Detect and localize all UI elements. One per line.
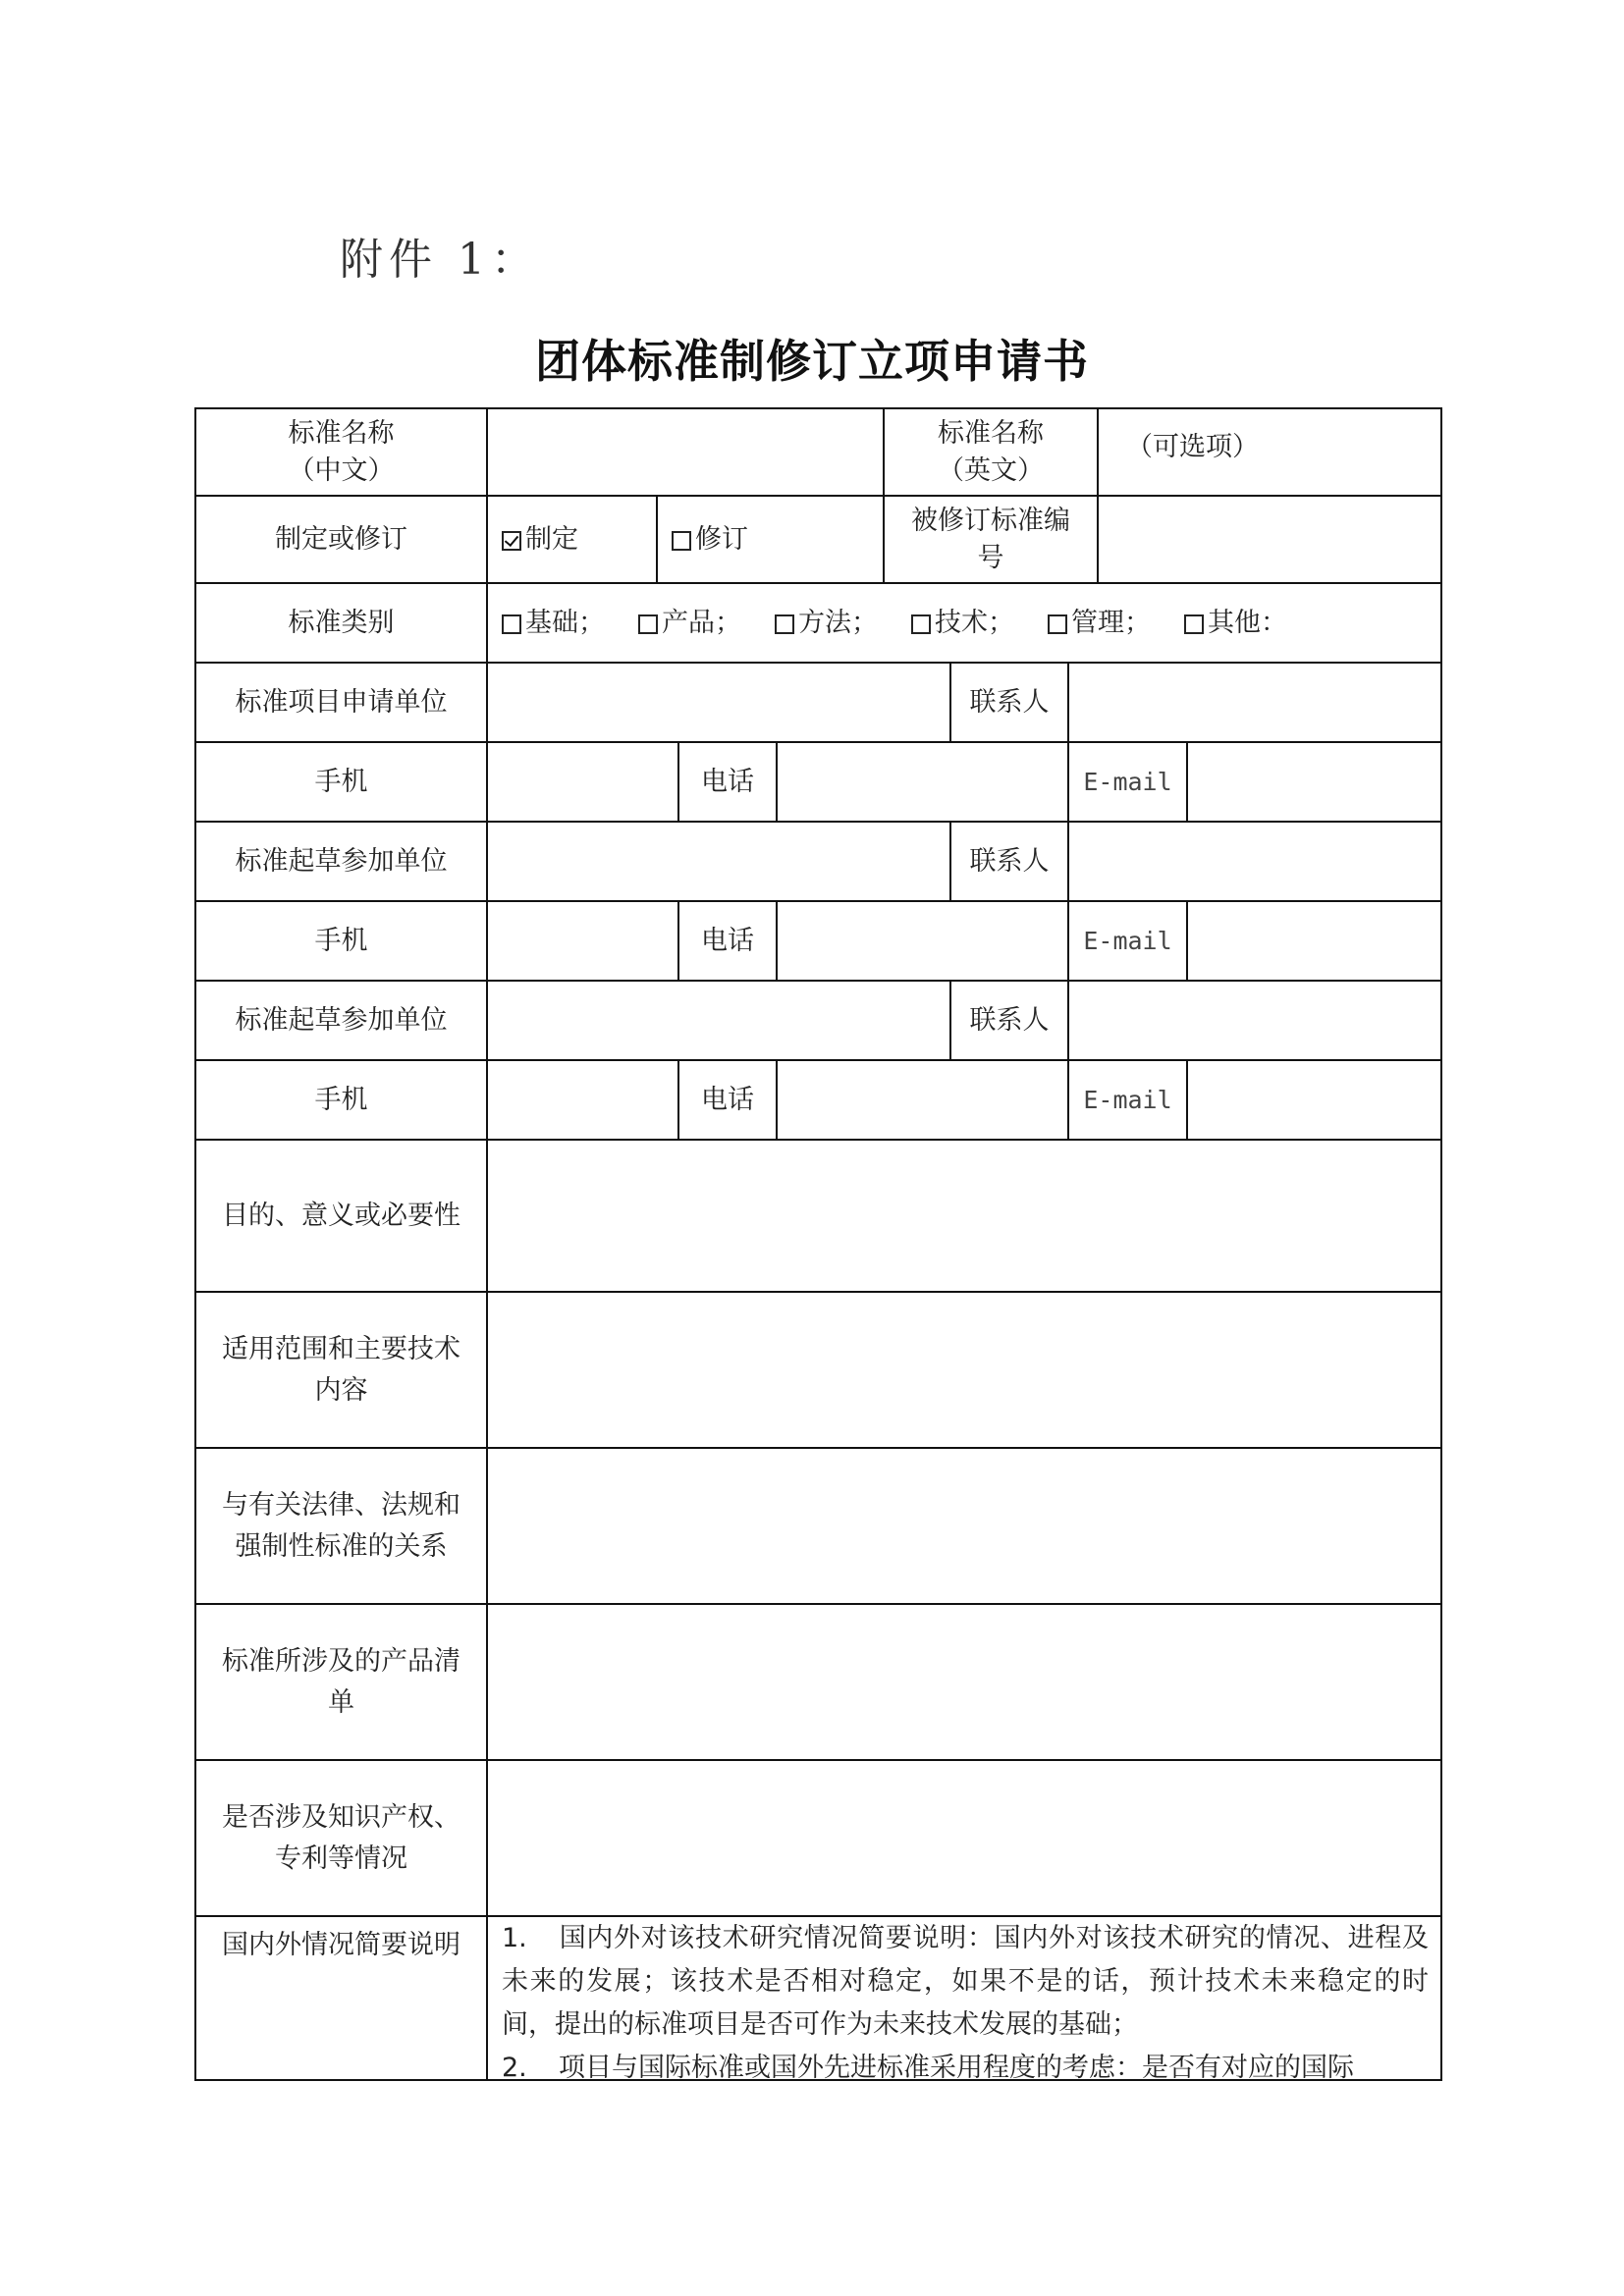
label-standard-name-en: 标准名称 （英文） — [885, 409, 1099, 497]
situation-field[interactable]: 1.国内外对该技术研究情况简要说明：国内外对该技术研究的情况、进程及未来的发展；… — [488, 1917, 1442, 2079]
label-revised-standard-number: 被修订标准编 号 — [885, 497, 1099, 584]
label-email: E-mail — [1069, 902, 1188, 982]
contact-person-field[interactable] — [1069, 664, 1442, 743]
label-purpose: 目的、意义或必要性 — [196, 1141, 488, 1293]
label-contact-person: 联系人 — [951, 664, 1069, 743]
phone-field[interactable] — [778, 902, 1069, 982]
contact-person-field[interactable] — [1069, 823, 1442, 902]
contact-person-field[interactable] — [1069, 982, 1442, 1061]
drafting-unit-field[interactable] — [488, 823, 951, 902]
label-email: E-mail — [1069, 1061, 1188, 1141]
product-list-field[interactable] — [488, 1605, 1442, 1761]
label-standard-category: 标准类别 — [196, 584, 488, 664]
applicant-unit-field[interactable] — [488, 664, 951, 743]
legal-relation-field[interactable] — [488, 1449, 1442, 1605]
checkbox-icon[interactable] — [502, 614, 521, 634]
checkbox-icon[interactable] — [911, 614, 931, 634]
standard-category-options: 基础； 产品； 方法； 技术； 管理； 其他： — [488, 584, 1442, 664]
label-drafting-unit: 标准起草参加单位 — [196, 982, 488, 1061]
revised-standard-number-field[interactable] — [1099, 497, 1442, 584]
scope-field[interactable] — [488, 1293, 1442, 1449]
label-scope: 适用范围和主要技术 内容 — [196, 1293, 488, 1449]
ip-patent-field[interactable] — [488, 1761, 1442, 1917]
category-option-management[interactable]: 管理； — [1048, 603, 1151, 644]
mobile-field[interactable] — [488, 902, 679, 982]
drafting-unit-field[interactable] — [488, 982, 951, 1061]
option-revise[interactable]: 修订 — [658, 497, 885, 584]
checkbox-icon[interactable] — [672, 531, 691, 551]
checkbox-icon[interactable] — [775, 614, 794, 634]
option-new[interactable]: 制定 — [488, 497, 658, 584]
label-contact-person: 联系人 — [951, 982, 1069, 1061]
label-legal-relation: 与有关法律、法规和 强制性标准的关系 — [196, 1449, 488, 1605]
checkbox-icon[interactable] — [638, 614, 658, 634]
situation-item-2: 2.项目与国际标准或国外先进标准采用程度的考虑：是否有对应的国际 — [502, 2047, 1429, 2079]
checkbox-checked-icon[interactable] — [502, 531, 521, 551]
situation-instructions: 1.国内外对该技术研究情况简要说明：国内外对该技术研究的情况、进程及未来的发展；… — [488, 1917, 1442, 2079]
category-option-other[interactable]: 其他： — [1184, 603, 1287, 644]
checkbox-icon[interactable] — [1048, 614, 1067, 634]
standard-name-cn-field[interactable] — [488, 409, 885, 497]
page-title: 团体标准制修订立项申请书 — [0, 326, 1624, 391]
label-mobile: 手机 — [196, 743, 488, 823]
label-standard-name-en-line2: （英文） — [938, 453, 1044, 490]
label-new-or-revise: 制定或修订 — [196, 497, 488, 584]
label-contact-person: 联系人 — [951, 823, 1069, 902]
option-new-label: 制定 — [525, 519, 578, 561]
label-situation: 国内外情况简要说明 — [196, 1917, 488, 2079]
phone-field[interactable] — [778, 1061, 1069, 1141]
label-phone: 电话 — [679, 743, 778, 823]
label-product-list: 标准所涉及的产品清 单 — [196, 1605, 488, 1761]
mobile-field[interactable] — [488, 743, 679, 823]
label-mobile: 手机 — [196, 902, 488, 982]
option-revise-label: 修订 — [695, 519, 748, 561]
label-standard-name-cn-line1: 标准名称 — [289, 415, 395, 453]
optional-hint: （可选项） — [1126, 427, 1259, 468]
category-option-product[interactable]: 产品； — [638, 603, 741, 644]
label-ip-patent: 是否涉及知识产权、 专利等情况 — [196, 1761, 488, 1917]
label-phone: 电话 — [679, 902, 778, 982]
label-phone: 电话 — [679, 1061, 778, 1141]
label-mobile: 手机 — [196, 1061, 488, 1141]
attachment-label: 附件 1： — [340, 224, 540, 287]
label-standard-name-cn-line2: （中文） — [289, 453, 395, 490]
label-applicant-unit: 标准项目申请单位 — [196, 664, 488, 743]
situation-item-1: 1.国内外对该技术研究情况简要说明：国内外对该技术研究的情况、进程及未来的发展；… — [502, 1917, 1429, 2047]
category-option-basic[interactable]: 基础； — [502, 603, 605, 644]
mobile-field[interactable] — [488, 1061, 679, 1141]
label-standard-name-en-line1: 标准名称 — [938, 415, 1044, 453]
email-field[interactable] — [1188, 902, 1442, 982]
label-drafting-unit: 标准起草参加单位 — [196, 823, 488, 902]
phone-field[interactable] — [778, 743, 1069, 823]
standard-name-en-field[interactable]: （可选项） — [1099, 409, 1442, 497]
purpose-field[interactable] — [488, 1141, 1442, 1293]
label-standard-name-cn: 标准名称 （中文） — [196, 409, 488, 497]
label-email: E-mail — [1069, 743, 1188, 823]
email-field[interactable] — [1188, 1061, 1442, 1141]
application-form-table: 标准名称 （中文） 标准名称 （英文） （可选项） 制定或修订 制定 修订 被修… — [194, 407, 1442, 2081]
category-option-method[interactable]: 方法； — [775, 603, 878, 644]
checkbox-icon[interactable] — [1184, 614, 1204, 634]
category-option-technology[interactable]: 技术； — [911, 603, 1014, 644]
email-field[interactable] — [1188, 743, 1442, 823]
